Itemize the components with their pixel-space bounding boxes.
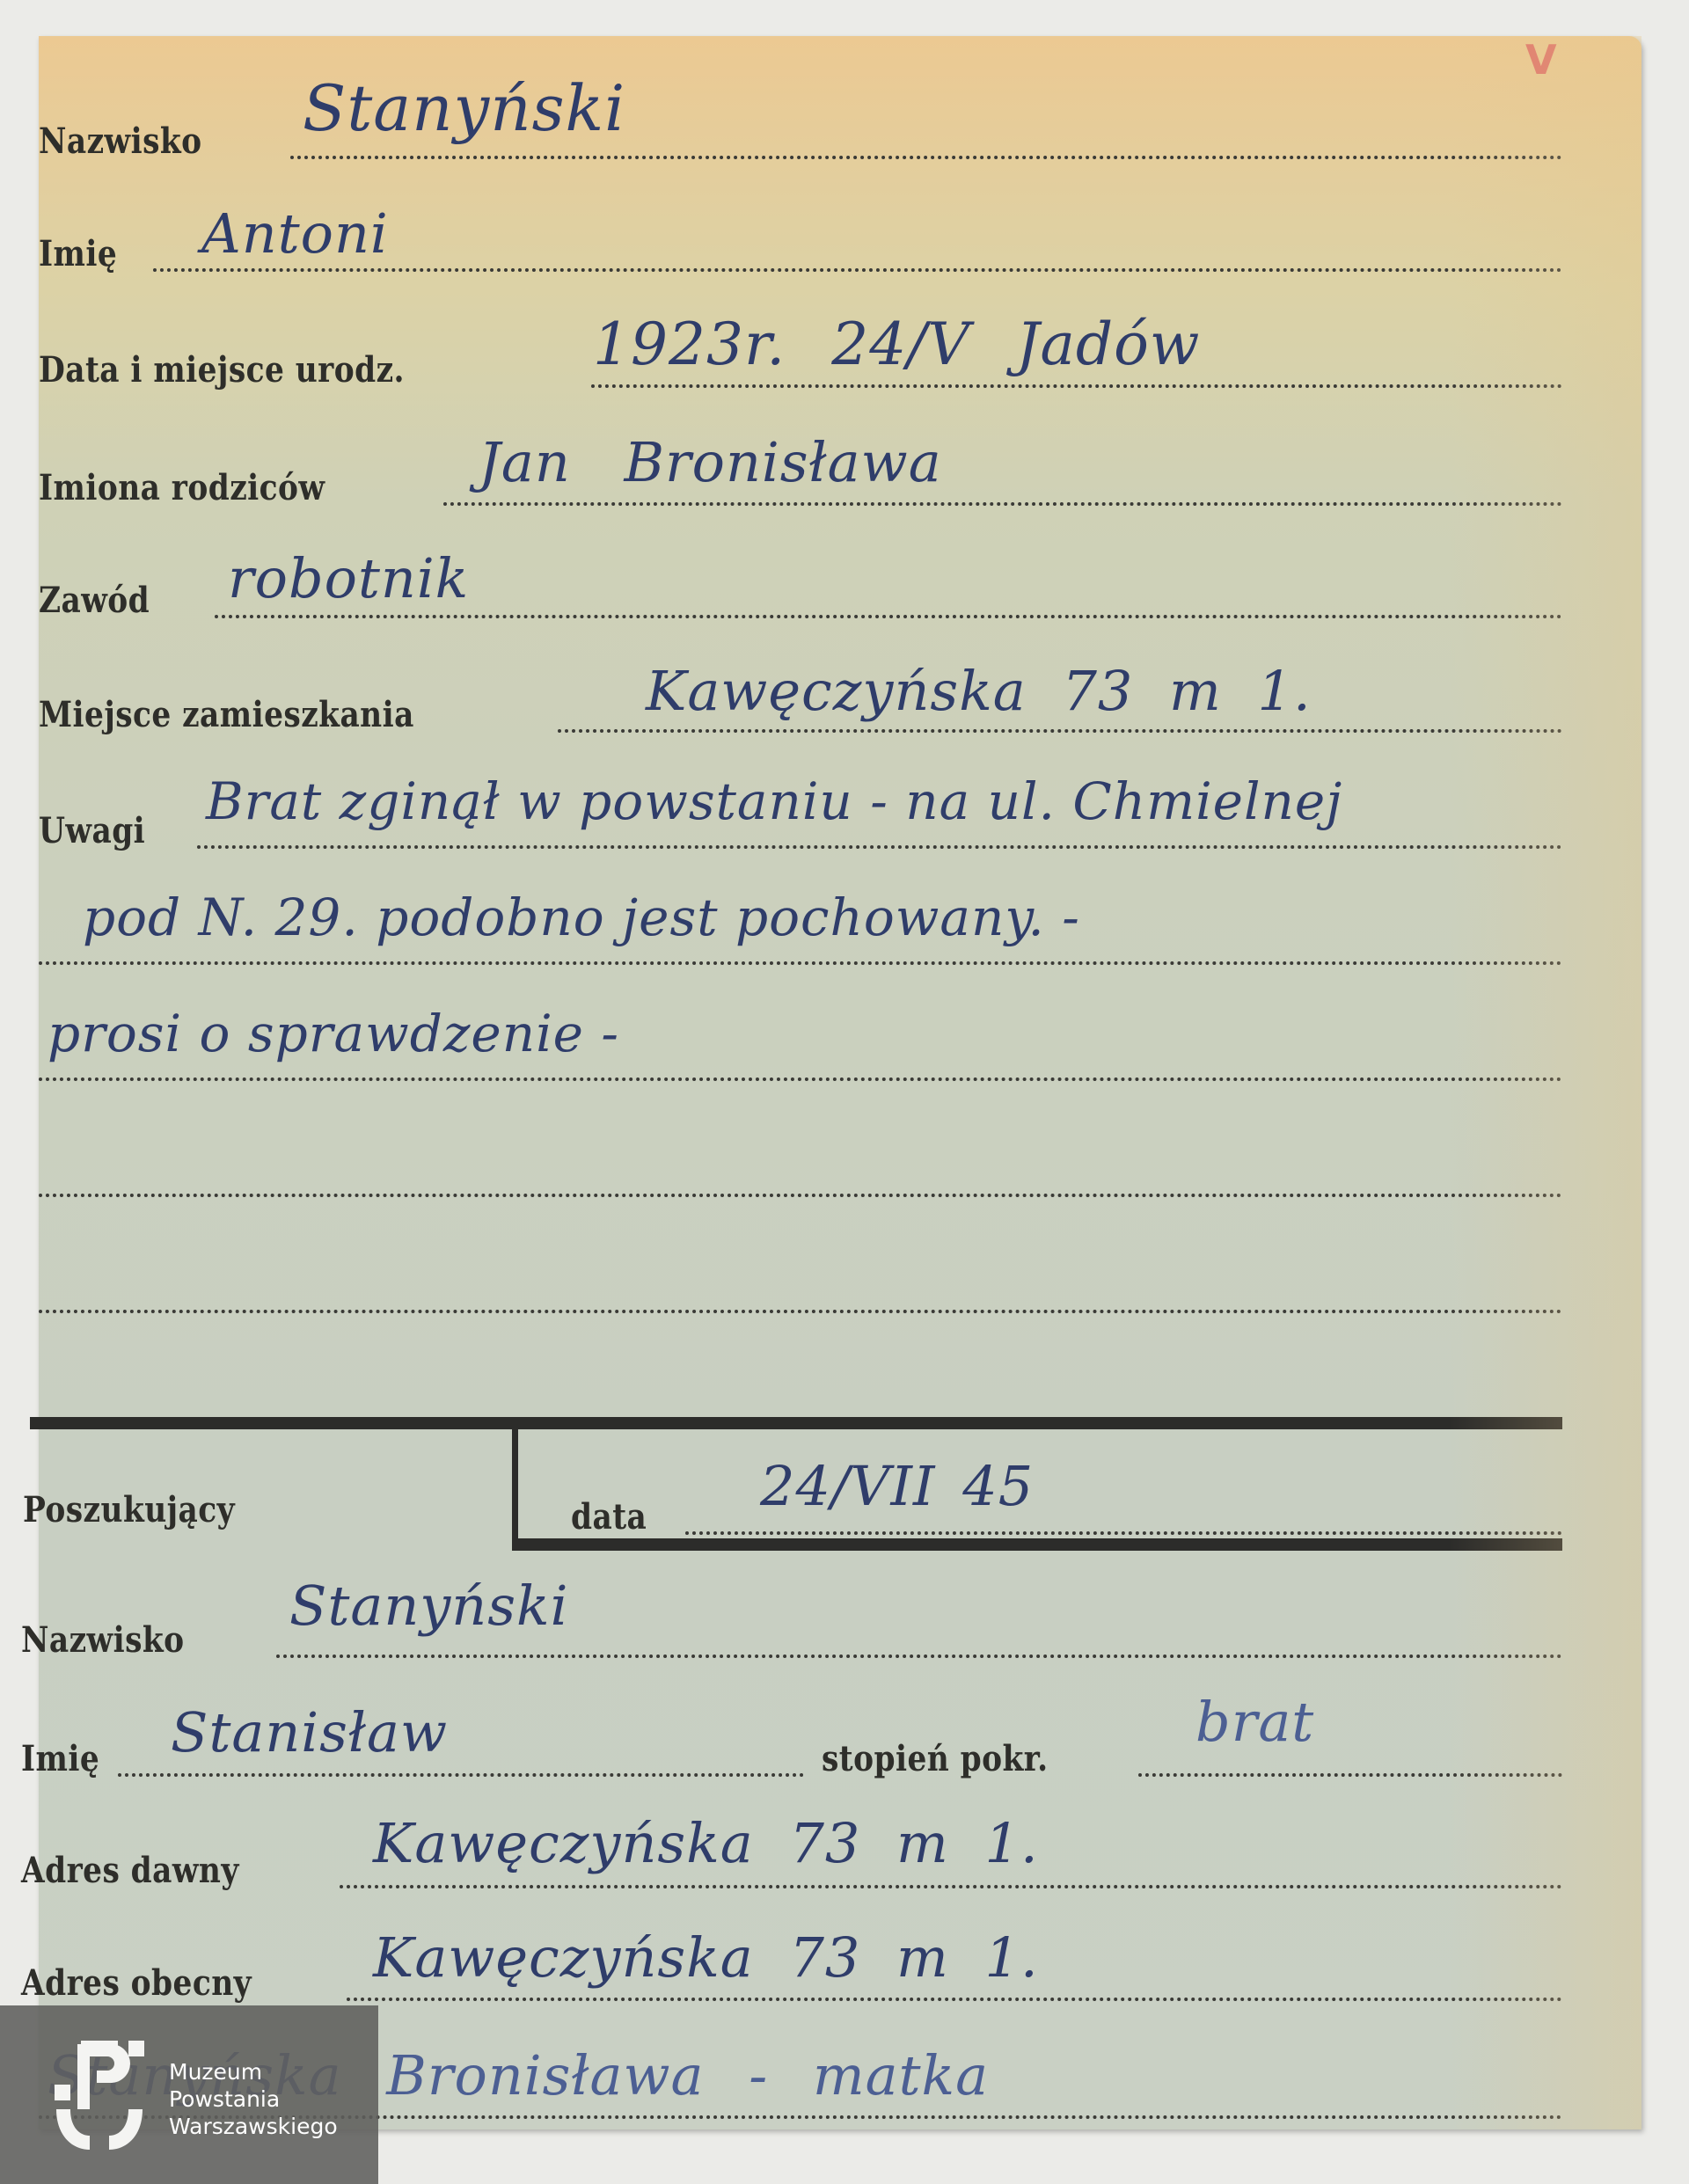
seeker-date-value: 24/VII 45 [760, 1454, 1034, 1518]
current-address-line [347, 1998, 1562, 2001]
remarks-text-3: prosi o sprawdzenie - [48, 1004, 619, 1063]
parents-label: Imiona rodziców [39, 467, 325, 508]
current-address-value: Kawęczyńska 73 m 1. [373, 1925, 1039, 1990]
remarks-line-2 [39, 961, 1562, 965]
seeker-first-name-label: Imię [21, 1738, 99, 1779]
remarks-line-1 [197, 845, 1562, 849]
old-address-label: Adres dawny [21, 1850, 239, 1891]
surname-label: Nazwisko [39, 121, 202, 162]
parents-line [443, 502, 1562, 506]
section-divider-bottom [512, 1538, 1562, 1551]
museum-name-line-2: Powstania [169, 2085, 338, 2113]
remarks-label: Uwagi [39, 810, 145, 851]
museum-name: Muzeum Powstania Warszawskiego [169, 2058, 338, 2140]
remarks-text-1: Brat zginął w powstaniu - na ul. Chmieln… [206, 771, 1342, 831]
relation-line [1138, 1773, 1562, 1777]
museum-name-line-1: Muzeum [169, 2058, 338, 2085]
museum-watermark: Muzeum Powstania Warszawskiego [0, 2005, 378, 2184]
section-divider-vertical [512, 1424, 518, 1545]
birth-value: 1923r. 24/V Jadów [593, 310, 1200, 378]
section-divider-top [30, 1417, 1562, 1429]
old-address-value: Kawęczyńska 73 m 1. [373, 1811, 1039, 1875]
remarks-line-4 [39, 1194, 1562, 1197]
red-check-mark: V [1525, 36, 1557, 84]
search-card: V Nazwisko Stanyński Imię Antoni Data i … [39, 36, 1641, 2129]
occupation-line [215, 615, 1562, 618]
surname-line [290, 156, 1562, 159]
occupation-value: robotnik [228, 546, 469, 610]
birth-label: Data i miejsce urodz. [39, 349, 405, 391]
seeker-surname-value: Stanyński [289, 1574, 568, 1638]
first-name-value: Antoni [201, 201, 389, 266]
museum-name-line-3: Warszawskiego [169, 2113, 338, 2140]
first-name-line [153, 268, 1562, 272]
seeker-first-name-line [118, 1773, 804, 1777]
seeker-date-label: data [571, 1496, 647, 1538]
parents-value: Jan Bronisława [479, 430, 942, 494]
seeker-date-line [685, 1531, 1562, 1535]
birth-line [591, 384, 1562, 388]
kotwica-anchor-logo-icon [51, 2041, 148, 2155]
occupation-label: Zawód [39, 580, 150, 621]
seeker-first-name-value: Stanisław [171, 1700, 448, 1764]
remarks-line-5 [39, 1310, 1562, 1313]
surname-value: Stanyński [303, 71, 625, 145]
current-address-label: Adres obecny [21, 1962, 252, 2004]
remarks-text-2: pod N. 29. podobno jest pochowany. - [83, 887, 1080, 947]
residence-value: Kawęczyńska 73 m 1. [646, 659, 1312, 723]
first-name-label: Imię [39, 233, 117, 274]
seeker-surname-label: Nazwisko [21, 1619, 185, 1661]
residence-label: Miejsce zamieszkania [39, 694, 414, 735]
remarks-line-3 [39, 1077, 1562, 1081]
relation-value: brat [1195, 1690, 1314, 1754]
old-address-line [340, 1885, 1562, 1888]
residence-line [558, 729, 1562, 733]
seeker-surname-line [276, 1654, 1562, 1658]
relation-label: stopień pokr. [822, 1738, 1049, 1779]
seeker-section-label: Poszukujący [23, 1489, 235, 1530]
